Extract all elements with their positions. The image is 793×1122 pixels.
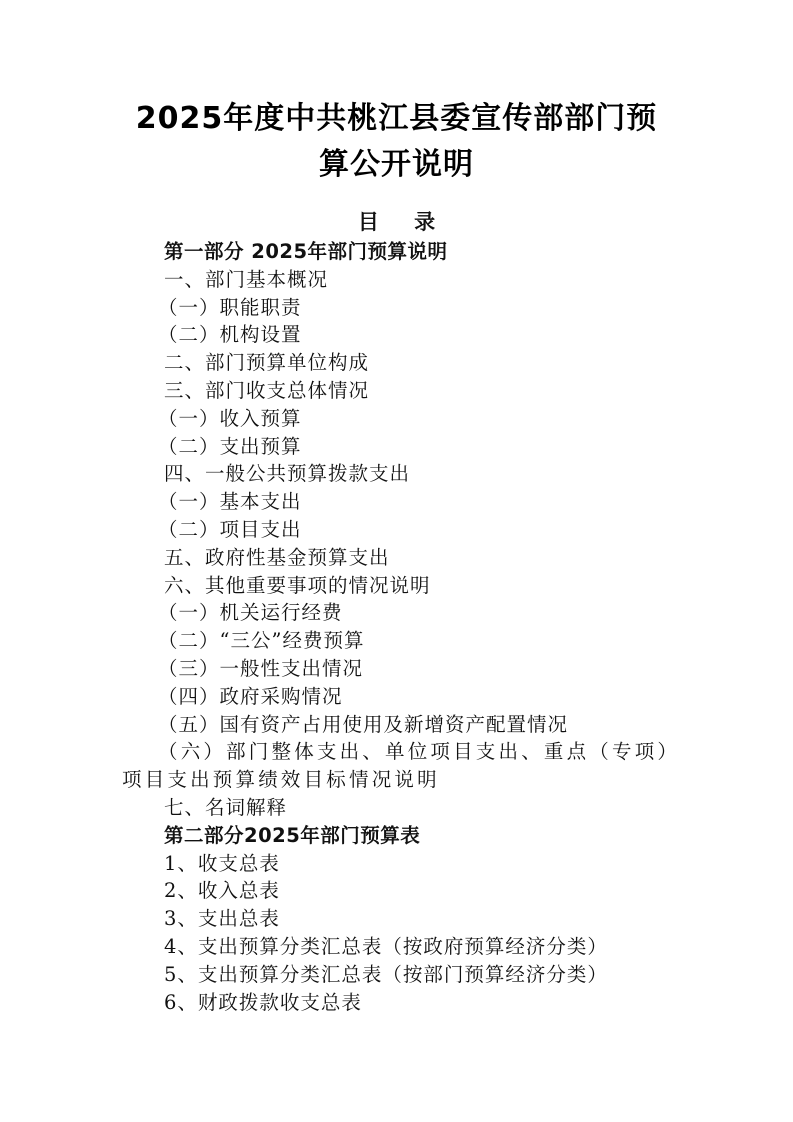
toc-item[interactable]: 六、其他重要事项的情况说明: [122, 572, 678, 600]
toc-item[interactable]: （二）支出预算: [122, 433, 678, 461]
toc-part-1-heading[interactable]: 第一部分 2025年部门预算说明: [122, 238, 678, 266]
toc-item[interactable]: （二）“三公”经费预算: [122, 627, 678, 655]
toc-item[interactable]: 6、财政拨款收支总表: [122, 989, 678, 1017]
toc-item[interactable]: 5、支出预算分类汇总表（按部门预算经济分类）: [122, 961, 678, 989]
title-line-1: 2025年度中共桃江县委宣传部部门预: [0, 96, 793, 142]
toc-item[interactable]: 三、部门收支总体情况: [122, 377, 678, 405]
document-title: 2025年度中共桃江县委宣传部部门预 算公开说明: [0, 96, 793, 188]
toc-part-2-heading[interactable]: 第二部分2025年部门预算表: [122, 822, 678, 850]
toc-item[interactable]: 五、政府性基金预算支出: [122, 544, 678, 572]
toc-item[interactable]: 七、名词解释: [122, 794, 678, 822]
toc-item[interactable]: 3、支出总表: [122, 905, 678, 933]
toc-item[interactable]: （一）机关运行经费: [122, 599, 678, 627]
toc-item[interactable]: （一）收入预算: [122, 405, 678, 433]
toc-heading: 目 录: [0, 208, 793, 236]
toc-item[interactable]: （二）机构设置: [122, 321, 678, 349]
toc-item[interactable]: （一）职能职责: [122, 294, 678, 322]
toc-item[interactable]: （二）项目支出: [122, 516, 678, 544]
toc-item[interactable]: （四）政府采购情况: [122, 683, 678, 711]
toc-item[interactable]: 4、支出预算分类汇总表（按政府预算经济分类）: [122, 933, 678, 961]
toc-item[interactable]: 四、一般公共预算拨款支出: [122, 460, 678, 488]
toc-item[interactable]: （五）国有资产占用使用及新增资产配置情况: [122, 711, 678, 739]
toc-item[interactable]: 1、收支总表: [122, 850, 678, 878]
table-of-contents: 第一部分 2025年部门预算说明 一、部门基本概况 （一）职能职责 （二）机构设…: [122, 238, 678, 1016]
toc-item[interactable]: （三）一般性支出情况: [122, 655, 678, 683]
toc-item[interactable]: （六）部门整体支出、单位项目支出、重点（专项）项目支出预算绩效目标情况说明: [122, 738, 678, 794]
toc-item[interactable]: （一）基本支出: [122, 488, 678, 516]
toc-item[interactable]: 2、收入总表: [122, 877, 678, 905]
toc-item[interactable]: 一、部门基本概况: [122, 266, 678, 294]
toc-item[interactable]: 二、部门预算单位构成: [122, 349, 678, 377]
title-line-2: 算公开说明: [0, 142, 793, 188]
